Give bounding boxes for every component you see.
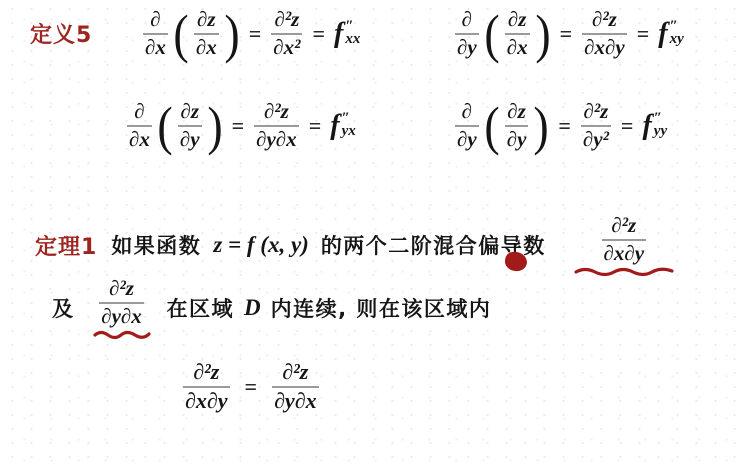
theorem-function-math: z = f (x, y) <box>213 232 309 258</box>
equals-sign: = <box>558 113 571 139</box>
theorem-text-and: 及 <box>52 293 75 323</box>
right-paren: ) <box>224 10 239 58</box>
outer-fraction: ∂ ∂x <box>127 100 152 151</box>
region-symbol: D <box>244 295 261 321</box>
definition-label: 定义5 <box>30 18 92 49</box>
left-paren: ( <box>173 10 188 58</box>
left-paren: ( <box>484 102 499 150</box>
right-paren: ) <box>207 102 222 150</box>
left-fraction: ∂²z ∂x∂y <box>183 360 230 413</box>
formula-fyx: ∂ ∂x ( ∂z ∂y ) = ∂²z ∂y∂x = f ″ yx <box>124 100 356 151</box>
subscript: yy <box>654 124 667 139</box>
theorem-text-1: 如果函数 <box>111 230 201 260</box>
right-paren: ) <box>534 102 549 150</box>
inner-fraction: ∂z ∂y <box>178 100 202 151</box>
result-fraction: ∂²z ∂x∂y <box>582 8 627 59</box>
theorem-text-3: 在区域 <box>167 293 235 323</box>
right-fraction: ∂²z ∂y∂x <box>272 360 319 413</box>
theorem-text-4: 内连续, 则在该区域内 <box>271 293 492 323</box>
equals-sign: = <box>245 374 258 400</box>
subscript: xy <box>670 32 684 47</box>
formula-fxx: ∂ ∂x ( ∂z ∂x ) = ∂²z ∂x² = f ″ xx <box>140 8 360 59</box>
f-second-derivative: f ″ xx <box>334 18 360 50</box>
left-paren: ( <box>157 102 172 150</box>
equals-sign: = <box>309 113 322 139</box>
formula-fyy: ∂ ∂y ( ∂z ∂y ) = ∂²z ∂y² = f ″ yy <box>452 100 667 151</box>
right-paren: ) <box>535 10 550 58</box>
f-second-derivative: f ″ yy <box>642 110 667 142</box>
outer-fraction: ∂ ∂y <box>455 100 479 151</box>
result-fraction: ∂²z ∂y∂x <box>254 100 299 151</box>
theorem-label: 定理1 <box>35 230 97 261</box>
theorem-line-2: 及 ∂²z ∂y∂x 在区域 D 内连续, 则在该区域内 <box>52 268 491 348</box>
mixed-partial-frac-xy: ∂²z ∂x∂y <box>574 214 674 276</box>
outer-fraction: ∂ ∂x <box>143 8 168 59</box>
equals-sign: = <box>637 21 650 47</box>
conclusion-formula: ∂²z ∂x∂y = ∂²z ∂y∂x <box>180 360 322 413</box>
subscript: yx <box>342 124 356 139</box>
f-second-derivative: f ″ yx <box>330 110 356 142</box>
f-second-derivative: f ″ xy <box>658 18 684 50</box>
equals-sign: = <box>560 21 573 47</box>
red-wavy-underline <box>574 266 674 276</box>
mixed-partial-frac-yx: ∂²z ∂y∂x <box>93 277 151 339</box>
result-fraction: ∂²z ∂x² <box>271 8 302 59</box>
result-fraction: ∂²z ∂y² <box>581 100 611 151</box>
inner-fraction: ∂z ∂x <box>194 8 219 59</box>
equals-sign: = <box>232 113 245 139</box>
equals-sign: = <box>249 21 262 47</box>
subscript: xx <box>345 32 360 47</box>
red-wavy-underline <box>93 329 151 339</box>
left-paren: ( <box>484 10 499 58</box>
slide-canvas: 定义5 ∂ ∂x ( ∂z ∂x ) = ∂²z ∂x² = f ″ xx <box>0 0 747 465</box>
formula-fxy: ∂ ∂y ( ∂z ∂x ) = ∂²z ∂x∂y = f ″ xy <box>452 8 684 59</box>
inner-fraction: ∂z ∂y <box>505 100 529 151</box>
equals-sign: = <box>312 21 325 47</box>
inner-fraction: ∂z ∂x <box>505 8 530 59</box>
equals-sign: = <box>621 113 634 139</box>
outer-fraction: ∂ ∂y <box>455 8 479 59</box>
